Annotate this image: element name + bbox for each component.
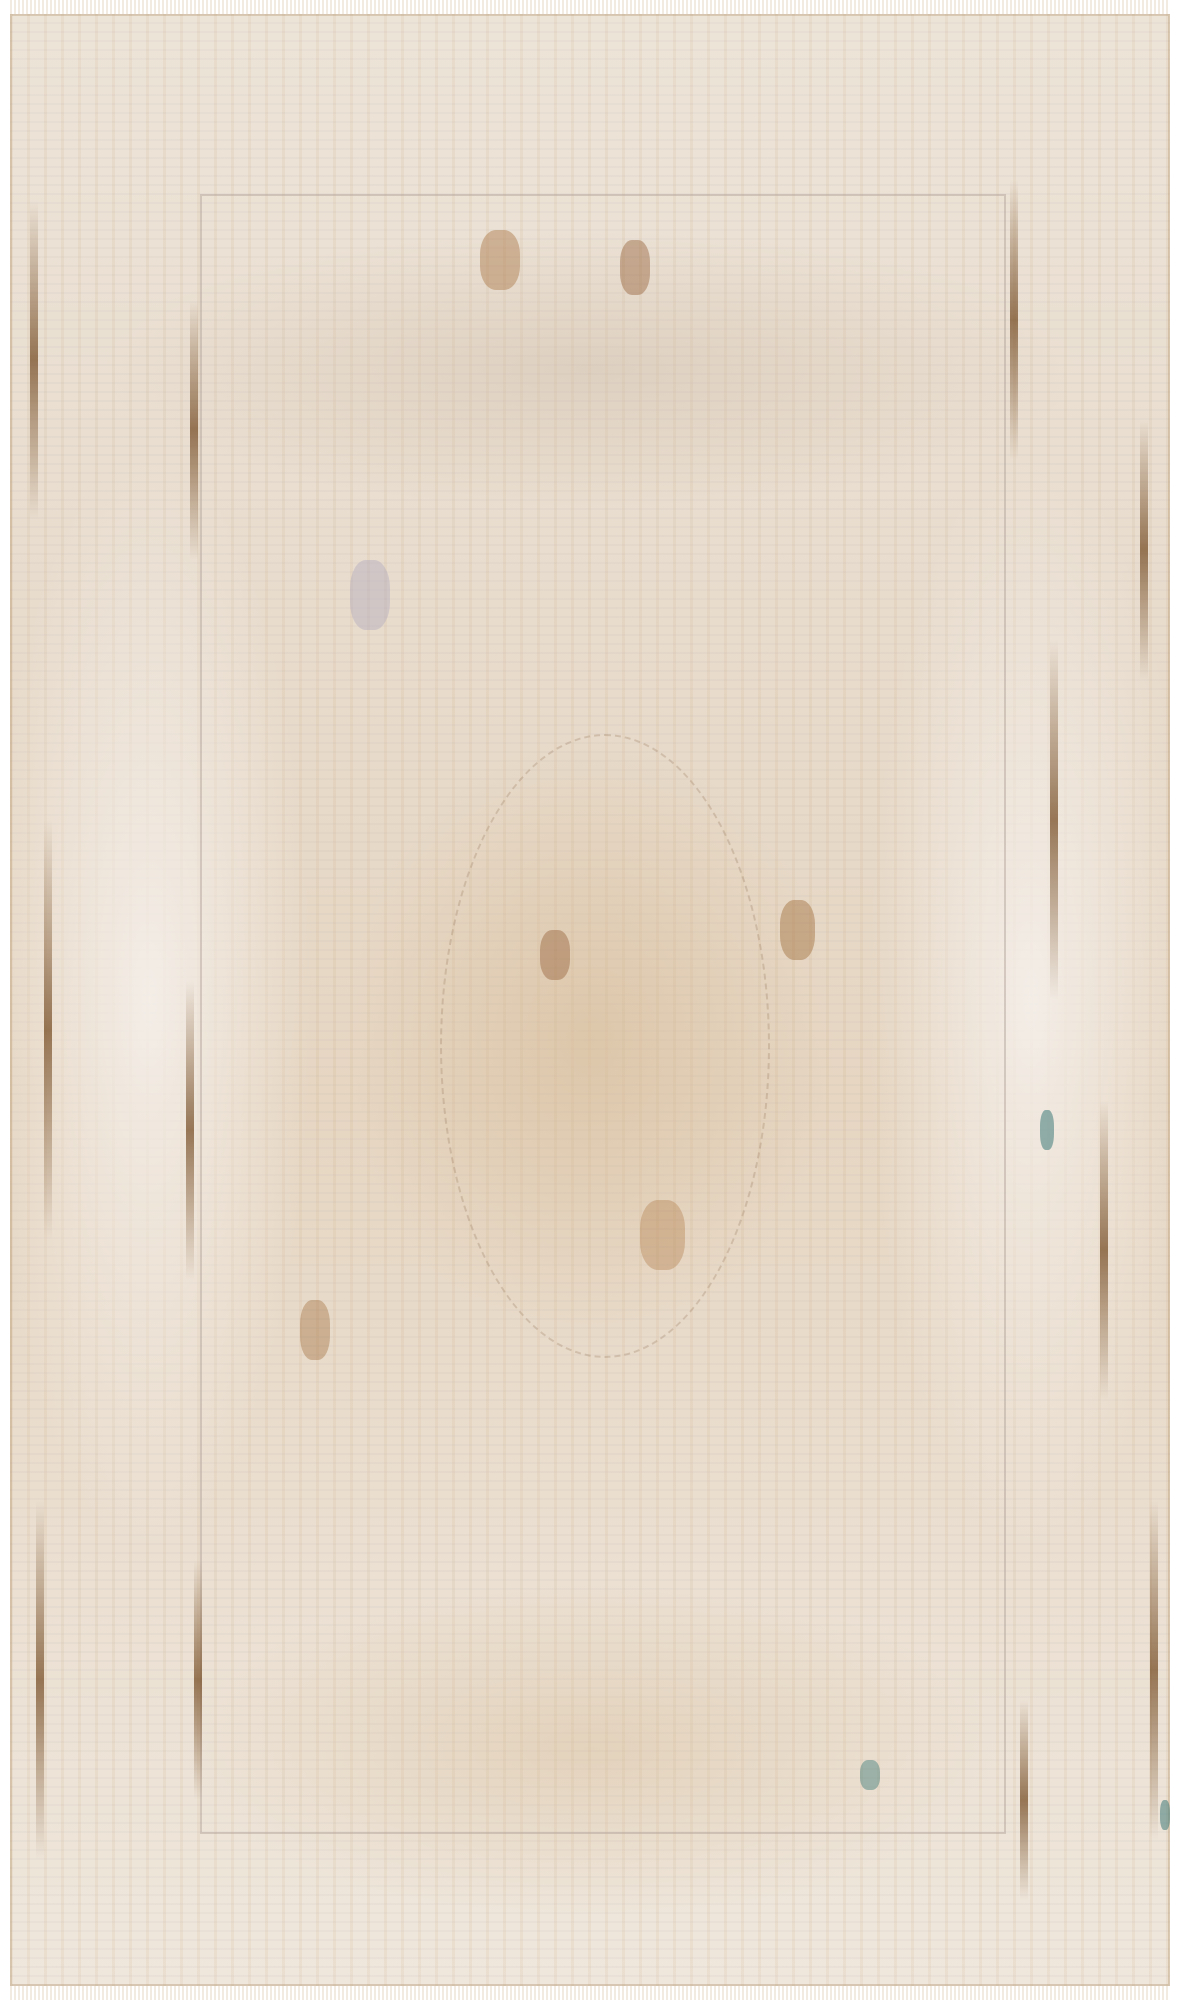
pattern-speck xyxy=(780,900,815,960)
top-fringe xyxy=(10,0,1170,14)
pattern-speck xyxy=(860,1760,880,1790)
edge-streak xyxy=(1050,640,1058,1000)
edge-streak xyxy=(1140,420,1148,680)
edge-streak xyxy=(44,820,52,1240)
pattern-speck xyxy=(620,240,650,295)
pattern-speck xyxy=(350,560,390,630)
edge-streak xyxy=(30,200,38,520)
pattern-speck xyxy=(1160,1800,1170,1830)
edge-streak xyxy=(186,980,194,1280)
edge-streak xyxy=(1020,1700,1028,1900)
bottom-fringe xyxy=(10,1986,1170,2000)
edge-streak xyxy=(1010,180,1018,460)
edge-streak xyxy=(194,1560,202,1800)
pattern-speck xyxy=(1040,1110,1054,1150)
central-medallion xyxy=(440,734,770,1358)
pattern-speck xyxy=(540,930,570,980)
pattern-speck xyxy=(300,1300,330,1360)
edge-streak xyxy=(36,1500,44,1860)
pattern-speck xyxy=(480,230,520,290)
edge-streak xyxy=(190,300,198,560)
edge-streak xyxy=(1150,1500,1158,1840)
rug-photo xyxy=(10,14,1170,1986)
edge-streak xyxy=(1100,1100,1108,1400)
pattern-speck xyxy=(640,1200,685,1270)
